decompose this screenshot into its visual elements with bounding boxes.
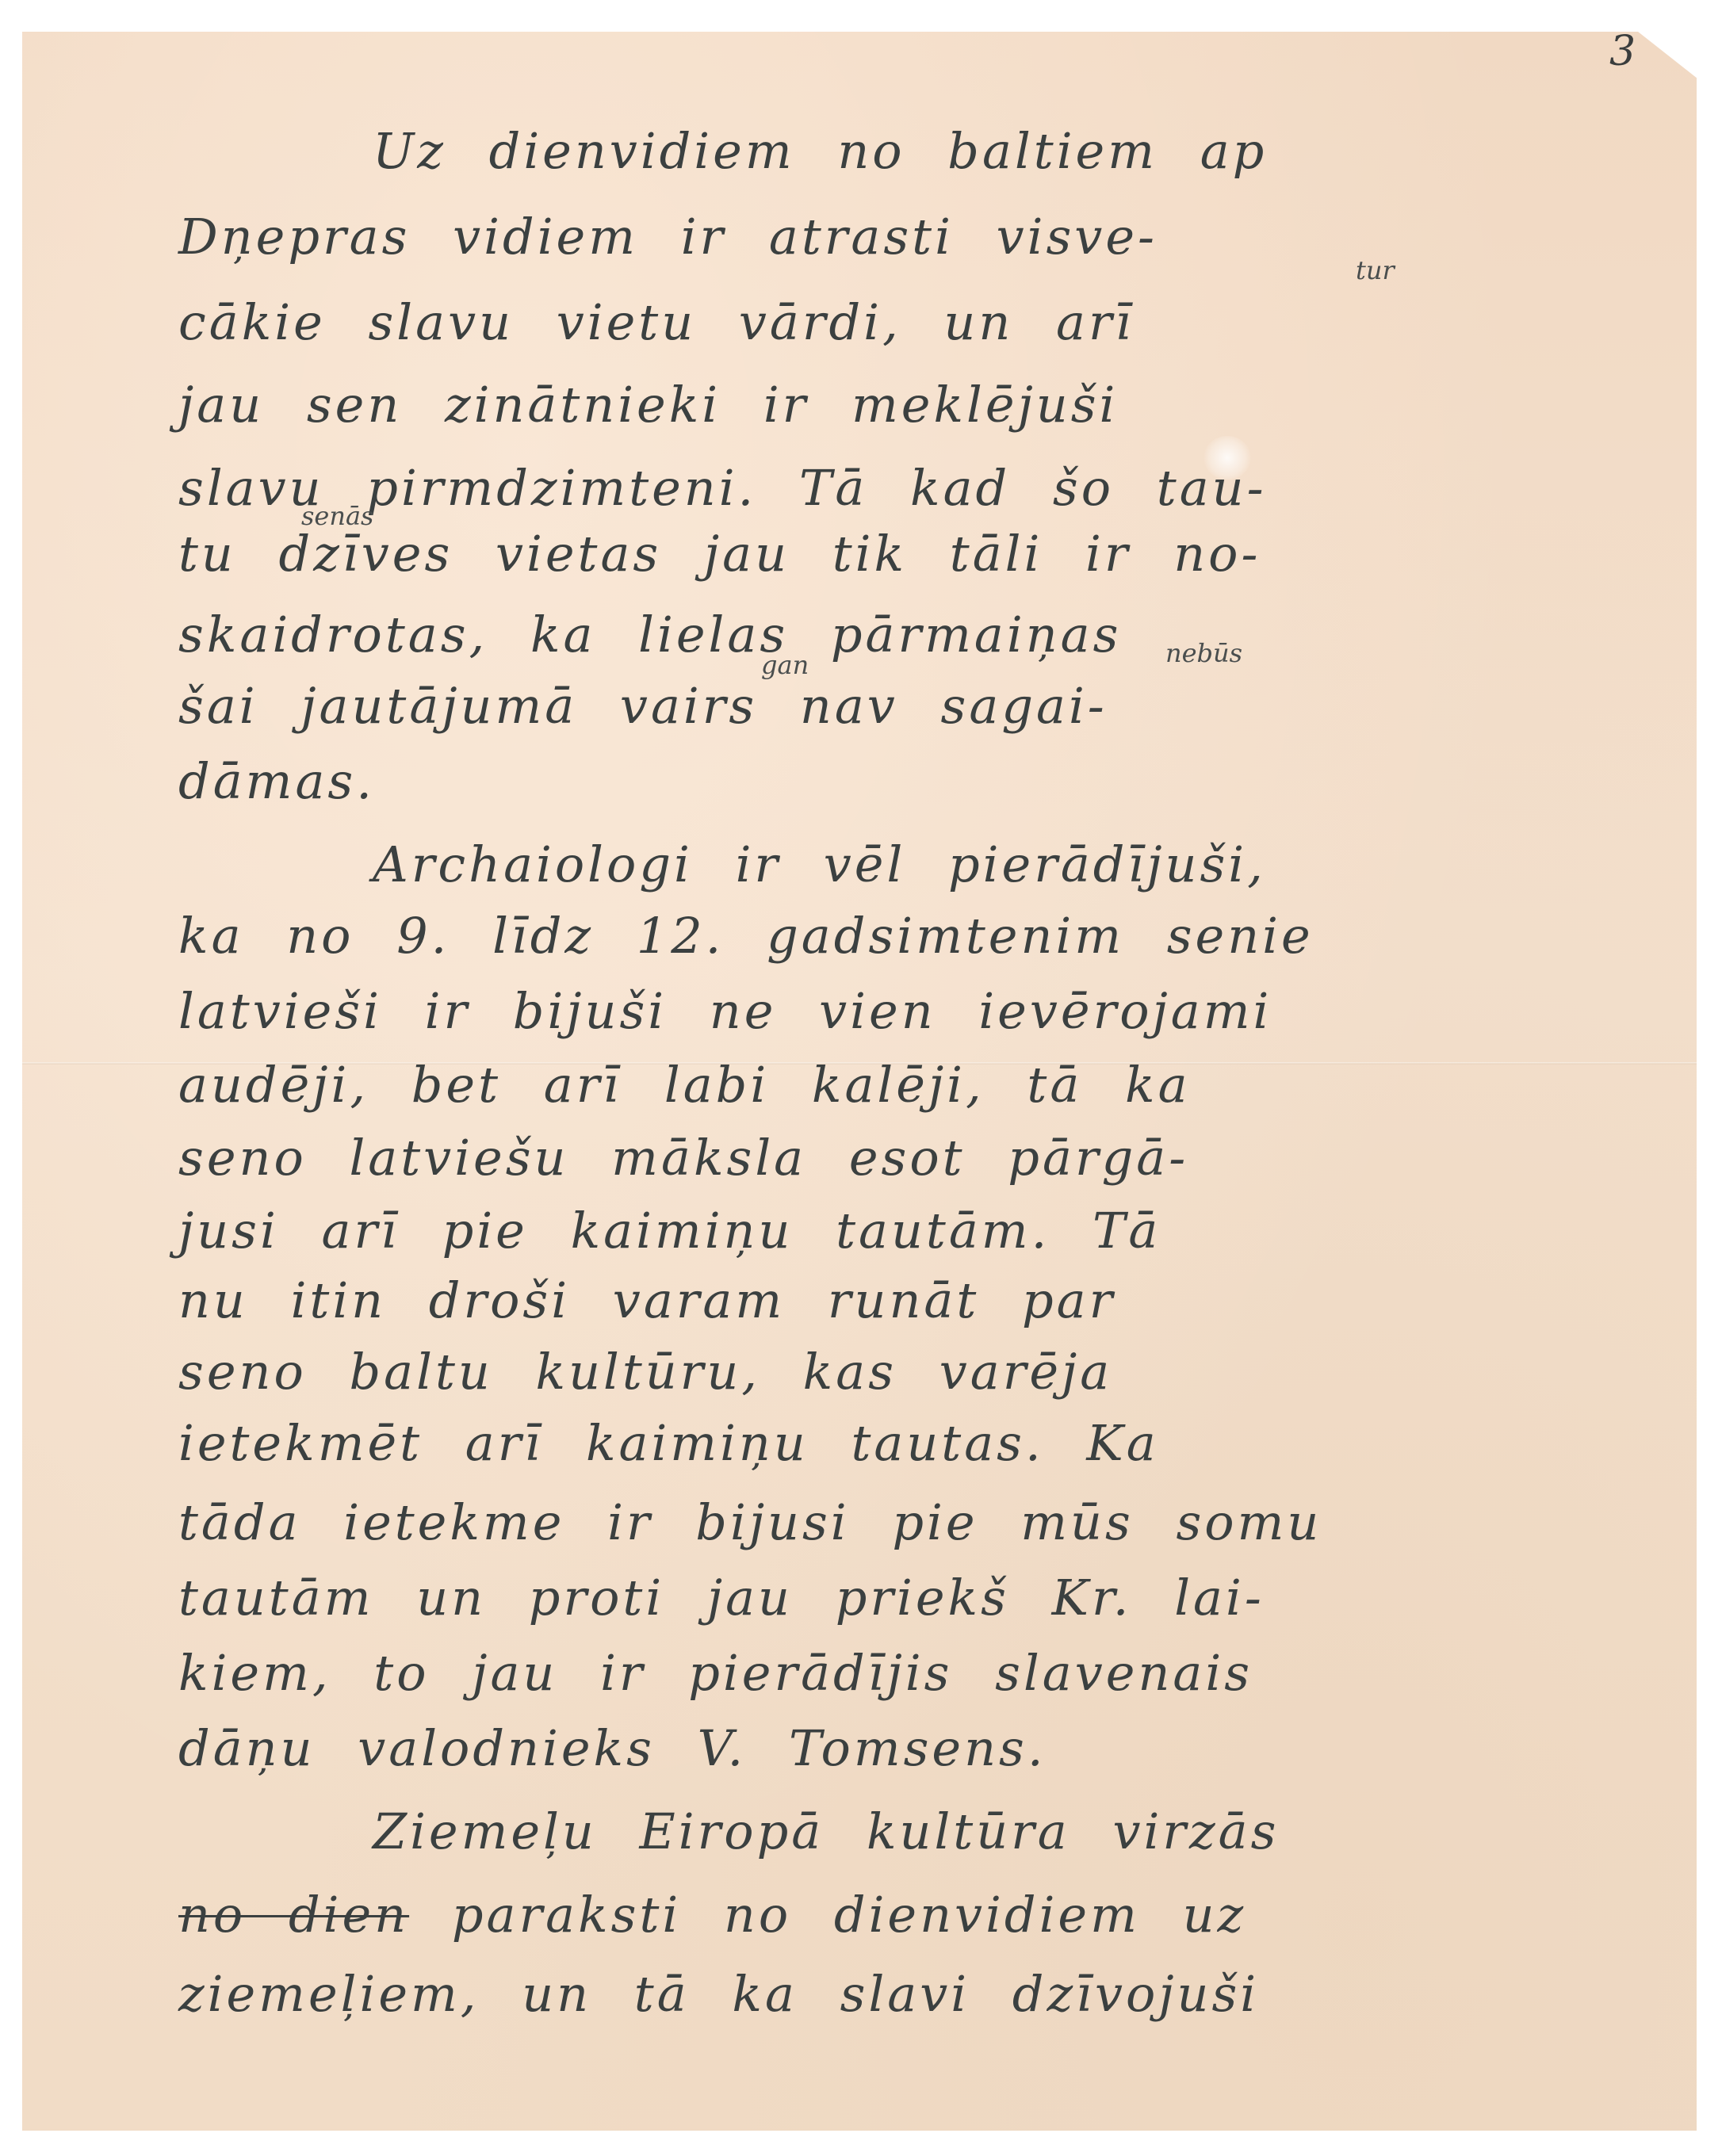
text-line-4: jau sen zinātnieki ir meklējuši — [178, 380, 1118, 430]
text-line-17: seno baltu kultūru, kas varēja — [178, 1347, 1112, 1397]
text-line-9: dāmas. — [178, 757, 375, 806]
page-number: 3 — [1609, 28, 1636, 75]
text-line-1: Uz dienvidiem no baltiem ap — [373, 127, 1267, 176]
text-line-12: latvieši ir bijuši ne vien ievērojami — [178, 987, 1272, 1036]
text-line-11: ka no 9. līdz 12. gadsimtenim senie — [178, 912, 1314, 961]
text-line-19: tāda ietekme ir bijusi pie mūs somu — [178, 1498, 1322, 1547]
insertion-tur: tur — [1356, 255, 1395, 285]
text-line-10: Archaiologi ir vēl pierādījuši, — [373, 840, 1266, 889]
text-line-7: skaidrotas, ka lielas pārmaiņas — [178, 610, 1121, 659]
text-line-22: dāņu valodnieks V. Tomsens. — [178, 1724, 1047, 1773]
text-line-18: ietekmēt arī kaimiņu tautas. Ka — [178, 1419, 1159, 1468]
text-line-21: kiem, to jau ir pierādījis slavenais — [178, 1649, 1253, 1698]
struck-text: no dien — [178, 1886, 409, 1944]
text-line-6: tu dzīves vietas jau tik tāli ir no- — [178, 529, 1261, 579]
text-line-8: šai jautājumā vairs nav sagai- — [178, 682, 1108, 731]
text-line-23: Ziemeļu Eiropā kultūra virzās — [373, 1807, 1279, 1856]
text-line-3: cākie slavu vietu vārdi, un arī — [178, 298, 1134, 347]
insertion-nebus: nebūs — [1165, 638, 1242, 668]
text-line-20: tautām un proti jau priekš Kr. lai- — [178, 1573, 1265, 1623]
text-line-14: seno latviešu māksla esot pārgā- — [178, 1133, 1188, 1183]
text-line-24: no dien paraksti no dienvidiem uz — [178, 1890, 1246, 1940]
text-line-16: nu itin droši varam runāt par — [178, 1276, 1115, 1325]
text-line-2: Dņepras vidiem ir atrasti visve- — [178, 212, 1158, 262]
text-line-15: jusi arī pie kaimiņu tautām. Tā — [178, 1206, 1161, 1256]
insertion-gan: gan — [761, 650, 809, 680]
text-line-24-rest: paraksti no dienvidiem uz — [452, 1886, 1246, 1944]
text-line-25: ziemeļiem, un tā ka slavi dzīvojuši — [178, 1970, 1259, 2019]
text-line-13: audēji, bet arī labi kalēji, tā ka — [178, 1061, 1191, 1110]
